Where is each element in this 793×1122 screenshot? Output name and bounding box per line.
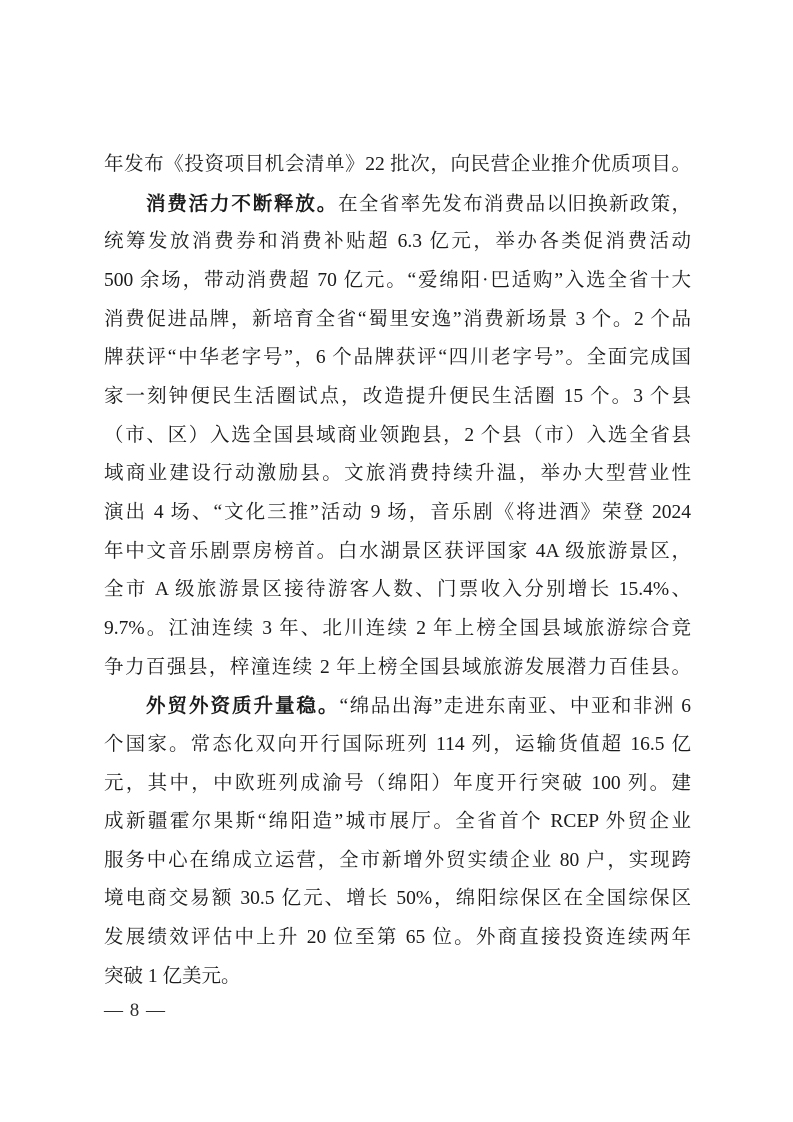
paragraph-text: 元，其中，中欧班列成渝号（绵阳）年度开行突破 100 列。建 [104,773,691,794]
paragraph-text: 发展绩效评估中上升 20 位至第 65 位。外商直接投资连续两年 [104,927,691,948]
text-line: 500 余场，带动消费超 70 亿元。“爱绵阳·巴适购”入选全省十大 [104,262,691,301]
text-line: 全市 A 级旅游景区接待游客人数、门票收入分别增长 15.4%、 [104,571,691,610]
paragraph-lead-bold: 消费活力不断释放。 [146,193,338,215]
text-line: 年发布《投资项目机会清单》22 批次，向民营企业推介优质项目。 [104,146,691,185]
page-number: — 8 — [104,999,166,1023]
paragraph-text: 统筹发放消费券和消费补贴超 6.3 亿元，举办各类促消费活动 [104,231,691,252]
paragraph-lead-bold: 外贸外资质升量稳。 [146,695,340,717]
paragraph-text: 争力百强县，梓潼连续 2 年上榜全国县域旅游发展潜力百佳县。 [104,657,691,678]
paragraph-text: 域商业建设行动激励县。文旅消费持续升温，举办大型营业性 [104,463,691,484]
text-line: 发展绩效评估中上升 20 位至第 65 位。外商直接投资连续两年 [104,919,691,958]
text-line: 消费促进品牌，新培育全省“蜀里安逸”消费新场景 3 个。2 个品 [104,301,691,340]
paragraph-text: 服务中心在绵成立运营，全市新增外贸实绩企业 80 户，实现跨 [104,850,691,871]
text-line: 域商业建设行动激励县。文旅消费持续升温，举办大型营业性 [104,455,691,494]
paragraph-text: （市、区）入选全国县域商业领跑县，2 个县（市）入选全省县 [104,425,691,446]
text-line: 个国家。常态化双向开行国际班列 114 列，运输货值超 16.5 亿 [104,726,691,765]
paragraph-text: 家一刻钟便民生活圈试点，改造提升便民生活圈 15 个。3 个县 [104,386,691,407]
paragraph-text: 境电商交易额 30.5 亿元、增长 50%，绵阳综保区在全国综保区 [104,888,691,909]
paragraph-text: 年发布《投资项目机会清单》22 批次，向民营企业推介优质项目。 [104,154,691,175]
paragraph-text: “绵品出海”走进东南亚、中亚和非洲 6 [340,696,691,717]
text-line: 境电商交易额 30.5 亿元、增长 50%，绵阳综保区在全国综保区 [104,880,691,919]
document-page: 年发布《投资项目机会清单》22 批次，向民营企业推介优质项目。消费活力不断释放。… [0,0,793,1122]
text-line: 家一刻钟便民生活圈试点，改造提升便民生活圈 15 个。3 个县 [104,378,691,417]
text-line: 服务中心在绵成立运营，全市新增外贸实绩企业 80 户，实现跨 [104,842,691,881]
text-line: 年中文音乐剧票房榜首。白水湖景区获评国家 4A 级旅游景区， [104,533,691,572]
paragraph-text: 500 余场，带动消费超 70 亿元。“爱绵阳·巴适购”入选全省十大 [104,270,691,291]
paragraph-text: 全市 A 级旅游景区接待游客人数、门票收入分别增长 15.4%、 [104,579,691,600]
text-line: 争力百强县，梓潼连续 2 年上榜全国县域旅游发展潜力百佳县。 [104,649,691,688]
paragraph-text: 9.7%。江油连续 3 年、北川连续 2 年上榜全国县域旅游综合竞 [104,618,691,639]
text-line: 成新疆霍尔果斯“绵阳造”城市展厅。全省首个 RCEP 外贸企业 [104,803,691,842]
text-line: 统筹发放消费券和消费补贴超 6.3 亿元，举办各类促消费活动 [104,223,691,262]
paragraph-text: 牌获评“中华老字号”，6 个品牌获评“四川老字号”。全面完成国 [104,347,691,368]
paragraph-text: 在全省率先发布消费品以旧换新政策， [338,194,691,215]
document-body: 年发布《投资项目机会清单》22 批次，向民营企业推介优质项目。消费活力不断释放。… [104,146,691,996]
text-line: 牌获评“中华老字号”，6 个品牌获评“四川老字号”。全面完成国 [104,339,691,378]
paragraph-text: 突破 1 亿美元。 [104,966,241,987]
text-line: 9.7%。江油连续 3 年、北川连续 2 年上榜全国县域旅游综合竞 [104,610,691,649]
paragraph-text: 成新疆霍尔果斯“绵阳造”城市展厅。全省首个 RCEP 外贸企业 [104,811,691,832]
paragraph-text: 年中文音乐剧票房榜首。白水湖景区获评国家 4A 级旅游景区， [104,541,691,562]
text-line: （市、区）入选全国县域商业领跑县，2 个县（市）入选全省县 [104,417,691,456]
text-line: 元，其中，中欧班列成渝号（绵阳）年度开行突破 100 列。建 [104,765,691,804]
text-line: 消费活力不断释放。在全省率先发布消费品以旧换新政策， [104,185,691,224]
paragraph-text: 演出 4 场、“文化三推”活动 9 场，音乐剧《将进酒》荣登 2024 [104,502,691,523]
paragraph-text: 个国家。常态化双向开行国际班列 114 列，运输货值超 16.5 亿 [104,734,691,755]
text-line: 外贸外资质升量稳。“绵品出海”走进东南亚、中亚和非洲 6 [104,687,691,726]
text-line: 突破 1 亿美元。 [104,958,691,997]
paragraph-text: 消费促进品牌，新培育全省“蜀里安逸”消费新场景 3 个。2 个品 [104,309,691,330]
text-line: 演出 4 场、“文化三推”活动 9 场，音乐剧《将进酒》荣登 2024 [104,494,691,533]
